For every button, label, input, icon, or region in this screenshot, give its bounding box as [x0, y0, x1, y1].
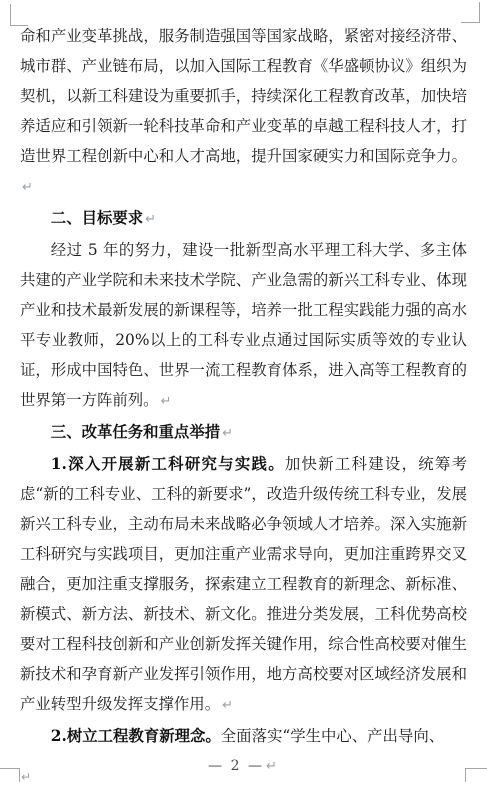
paragraph-task-2: 2.树立工程教育新理念。全面落实“学生中心、产出导向、 [20, 721, 467, 751]
crop-mark-top-right [461, 2, 480, 23]
bold-text-run: 1.深入开展新工科研究与实践。 [51, 455, 285, 473]
page-number: — 2 — [208, 758, 264, 774]
document-body[interactable]: 命和产业变革挑战，服务制造强国等国家战略，紧密对接经济带、城市群、产业链布局，以… [20, 21, 467, 751]
paragraph-task-1: 1.深入开展新工科研究与实践。加快新工科建设，统筹考虑“新的工科专业、工科的新要… [20, 449, 467, 721]
text-run: 经过 5 年的努力，建设一批新型高水平理工科大学、多主体共建的产业学院和未来技术… [20, 241, 467, 409]
bold-text-run: 2.树立工程教育新理念。 [51, 727, 221, 745]
paragraph-continuation: 命和产业变革挑战，服务制造强国等国家战略，紧密对接经济带、城市群、产业链布局，以… [20, 21, 467, 203]
text-run: 加快新工科建设，统筹考虑“新的工科专业、工科的新要求”，改造升级传统工科专业，发… [20, 455, 467, 713]
pilcrow-icon: ↵ [20, 180, 33, 195]
section-heading-3: 三、改革任务和重点举措↵ [20, 417, 467, 449]
pilcrow-icon: ↵ [159, 394, 172, 409]
paragraph-goals: 经过 5 年的努力，建设一批新型高水平理工科大学、多主体共建的产业学院和未来技术… [20, 235, 467, 417]
text-run: 全面落实“学生中心、产出导向、 [221, 727, 444, 745]
pilcrow-icon: ↵ [264, 759, 279, 774]
text-run: 命和产业变革挑战，服务制造强国等国家战略，紧密对接经济带、城市群、产业链布局，以… [20, 27, 467, 165]
bold-text-run: 二、目标要求 [51, 209, 143, 227]
document-page: 命和产业变革挑战，服务制造强国等国家战略，紧密对接经济带、城市群、产业链布局，以… [0, 0, 487, 790]
pilcrow-icon: ↵ [143, 212, 156, 227]
page-footer: — 2 —↵ [0, 757, 487, 776]
bold-text-run: 三、改革任务和重点举措 [51, 423, 220, 441]
pilcrow-icon: ↵ [220, 698, 233, 713]
pilcrow-icon-bottom-left: ↵ [19, 770, 31, 784]
pilcrow-icon: ↵ [220, 426, 233, 441]
section-heading-2: 二、目标要求↵ [20, 203, 467, 235]
